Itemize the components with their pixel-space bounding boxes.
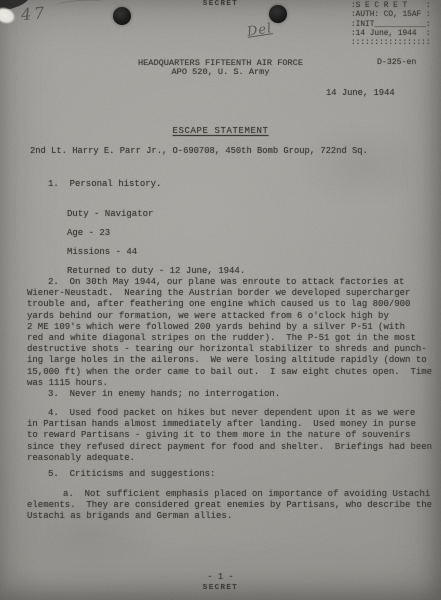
handwritten-initials: Del bbox=[246, 21, 273, 40]
personal-history-heading: 1. Personal history. bbox=[27, 179, 161, 190]
classification-box: :S E C R E T : :AUTH: CO, 15AF : :INIT__… bbox=[351, 2, 431, 48]
paragraph-2-mission-account: 2. On 30th May 1944, our plane was enrou… bbox=[27, 277, 432, 389]
page-number: - 1 - bbox=[0, 572, 441, 582]
paragraph-3-enemy-hands: 3. Never in enemy hands; no interrogatio… bbox=[27, 389, 280, 400]
letterhead-address: APO 520, U. S. Army bbox=[0, 67, 441, 77]
personal-history-items: Duty - Navigator Age - 23 Missions - 44 … bbox=[67, 205, 245, 281]
file-reference: D-325-en bbox=[377, 58, 416, 67]
handwritten-page-number: 47 bbox=[20, 3, 48, 24]
paragraph-4-escape-aids: 4. Used food packet on hikes but never d… bbox=[27, 408, 432, 464]
document-title: ESCAPE STATEMENT bbox=[0, 126, 441, 136]
secret-stamp-bottom: SECRET bbox=[0, 584, 441, 592]
scanned-document-page: SECRET 47 Del :S E C R E T : :AUTH: CO, … bbox=[0, 0, 441, 600]
subject-identity-line: 2nd Lt. Harry E. Parr Jr., O-690708, 450… bbox=[30, 146, 368, 156]
paragraph-5-heading: 5. Criticisms and suggestions: bbox=[27, 469, 215, 480]
document-date: 14 June, 1944 bbox=[326, 88, 395, 98]
punch-hole-left bbox=[113, 7, 131, 25]
paragraph-5a-criticism: a. Not sufficient emphasis placed on imp… bbox=[27, 489, 432, 523]
